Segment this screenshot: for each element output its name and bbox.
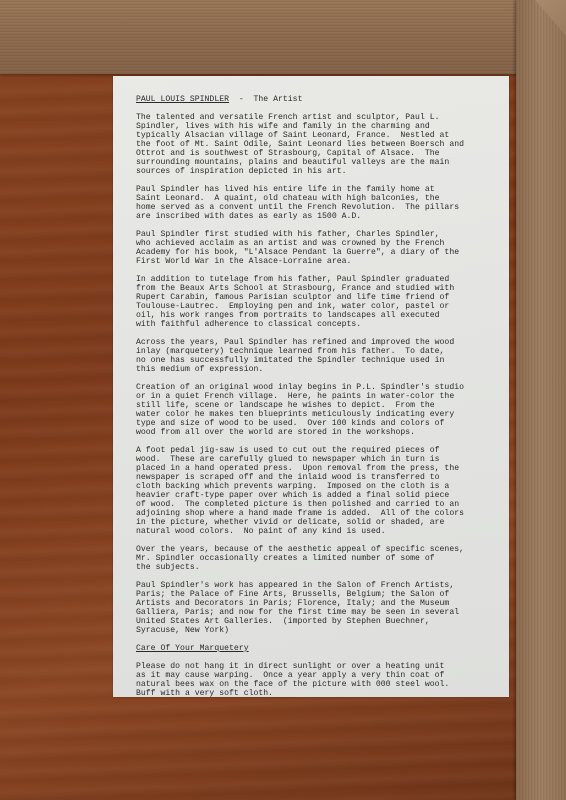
paragraph-limited-editions: Over the years, because of the aesthetic… (136, 545, 499, 572)
artist-bio-label: PAUL LOUIS SPINDLER - The Artist The tal… (113, 76, 509, 697)
care-instructions: Please do not hang it in direct sunlight… (136, 662, 499, 698)
document-title: PAUL LOUIS SPINDLER - The Artist (136, 95, 499, 104)
paragraph-process: A foot pedal jig-saw is used to cut out … (136, 446, 499, 536)
paragraph-education: In addition to tutelage from his father,… (136, 275, 499, 329)
paragraph-creation: Creation of an original wood inlay begin… (136, 383, 499, 437)
paragraph-intro: The talented and versatile French artist… (136, 113, 499, 176)
artist-name: PAUL LOUIS SPINDLER (136, 95, 229, 104)
paragraph-home: Paul Spindler has lived his entire life … (136, 185, 499, 221)
title-separator: - (229, 95, 253, 104)
paragraph-father: Paul Spindler first studied with his fat… (136, 230, 499, 266)
care-heading: Care Of Your Marquetery (136, 644, 499, 653)
kraft-paper-right (516, 0, 566, 800)
paragraph-technique: Across the years, Paul Spindler has refi… (136, 338, 499, 374)
title-suffix: The Artist (254, 95, 303, 104)
kraft-paper-top (0, 0, 566, 74)
paragraph-exhibitions: Paul Spindler's work has appeared in the… (136, 581, 499, 635)
